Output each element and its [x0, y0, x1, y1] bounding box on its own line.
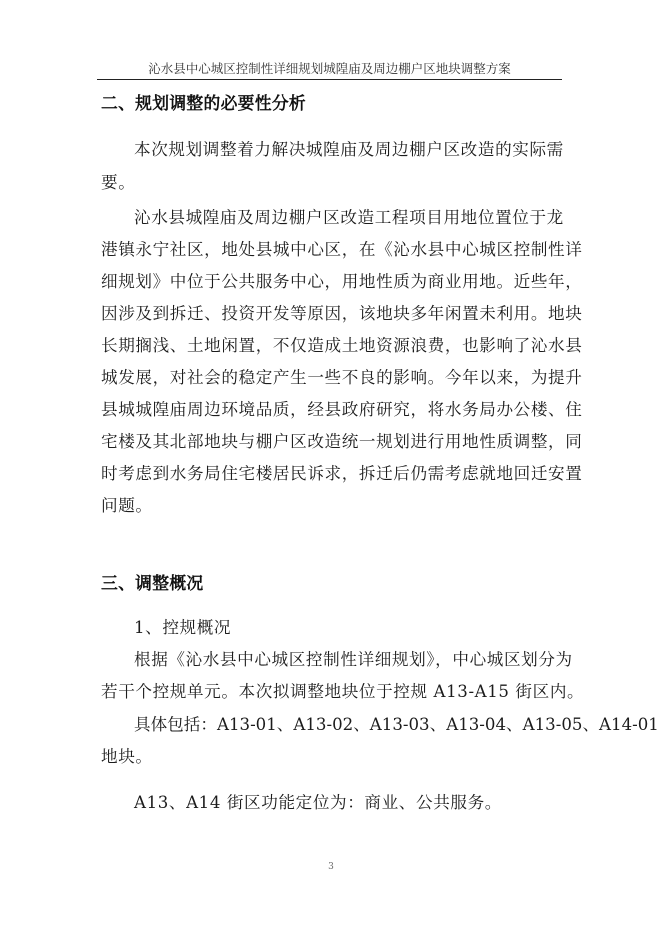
paragraph-line: 县城城隍庙周边环境品质，经县政府研究，将水务局办公楼、住	[101, 400, 561, 420]
paragraph-line: 若干个控规单元。本次拟调整地块位于控规 A13-A15 街区内。	[101, 682, 561, 702]
paragraph-line: 地块。	[101, 747, 561, 767]
paragraph-line: 细规划》中位于公共服务中心，用地性质为商业用地。近些年，	[101, 272, 561, 292]
paragraph-line: 港镇永宁社区，地处县城中心区，在《沁水县中心城区控制性详	[101, 240, 561, 260]
paragraph-line: 因涉及到拆迁、投资开发等原因，该地块多年闲置未利用。地块	[101, 304, 561, 324]
header-divider	[97, 79, 562, 80]
paragraph-line: 本次规划调整着力解决城隍庙及周边棚户区改造的实际需	[134, 140, 594, 160]
paragraph-line: 具体包括：A13-01、A13-02、A13-03、A13-04、A13-05、…	[134, 715, 594, 735]
paragraph-line: 沁水县城隍庙及周边棚户区改造工程项目用地位置位于龙	[134, 208, 594, 228]
page-number: 3	[0, 862, 662, 872]
subsection-heading: 1、控规概况	[134, 618, 594, 638]
paragraph-line: 城发展，对社会的稳定产生一些不良的影响。今年以来，为提升	[101, 368, 561, 388]
paragraph-line: 根据《沁水县中心城区控制性详细规划》，中心城区划分为	[134, 650, 594, 670]
paragraph-line: A13、A14 街区功能定位为：商业、公共服务。	[134, 793, 594, 813]
section-heading-necessity-analysis: 二、规划调整的必要性分析	[101, 93, 306, 113]
section-heading-adjustment-overview: 三、调整概况	[101, 573, 204, 593]
paragraph-line: 宅楼及其北部地块与棚户区改造统一规划进行用地性质调整，同	[101, 432, 561, 452]
paragraph-line: 要。	[101, 173, 561, 193]
running-header: 沁水县中心城区控制性详细规划城隍庙及周边棚户区地块调整方案	[97, 61, 562, 77]
paragraph-line: 问题。	[101, 496, 561, 516]
paragraph-line: 时考虑到水务局住宅楼居民诉求，拆迁后仍需考虑就地回迁安置	[101, 464, 561, 484]
paragraph-line: 长期搁浅、土地闲置，不仅造成土地资源浪费，也影响了沁水县	[101, 336, 561, 356]
